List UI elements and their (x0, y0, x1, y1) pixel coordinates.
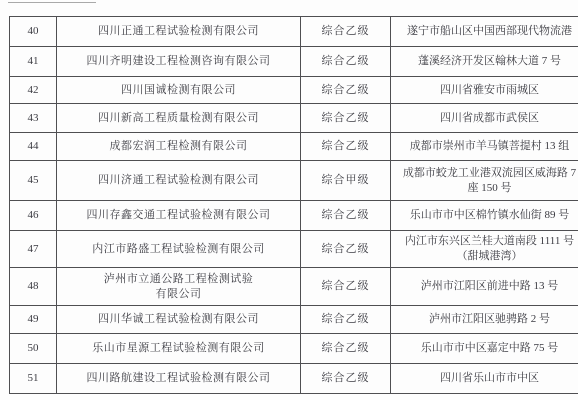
company-name-cell: 四川存鑫交通工程试验检测有限公司 (57, 201, 301, 231)
company-name-cell: 四川齐明建设工程检测咨询有限公司 (57, 47, 301, 77)
address-cell: 成都市崇州市羊马镇菩提村 13 组 (391, 133, 578, 161)
company-name-cell: 泸州市立通公路工程检测试验 有限公司 (57, 268, 301, 306)
address-cell: 蓬溪经济开发区翰林大道 7 号 (391, 47, 578, 77)
company-name-cell: 四川国诚检测有限公司 (57, 77, 301, 104)
row-number-cell: 40 (10, 17, 57, 47)
grade-cell: 综合甲级 (301, 161, 391, 201)
grade-cell: 综合乙级 (301, 268, 391, 306)
row-number-cell: 45 (10, 161, 57, 201)
table-row: 46 四川存鑫交通工程试验检测有限公司 综合乙级 乐山市市中区棉竹镇水仙街 89… (10, 201, 578, 231)
company-name-cell: 四川华诚工程试验检测有限公司 (57, 306, 301, 334)
grade-cell: 综合乙级 (301, 306, 391, 334)
row-number-cell: 44 (10, 133, 57, 161)
address-cell: 泸州市江阳区驰骋路 2 号 (391, 306, 578, 334)
company-name-cell: 四川济通工程试验检测有限公司 (57, 161, 301, 201)
grade-cell: 综合乙级 (301, 334, 391, 364)
address-cell: 泸州市江阳区前进中路 13 号 (391, 268, 578, 306)
detection-agencies-table: 40 四川正通工程试验检测有限公司 综合乙级 遂宁市船山区中国西部现代物流港 4… (9, 16, 578, 394)
table-row: 49 四川华诚工程试验检测有限公司 综合乙级 泸州市江阳区驰骋路 2 号 (10, 306, 578, 334)
table-row: 51 四川路航建设工程试验检测有限公司 综合乙级 四川省乐山市市中区 (10, 364, 578, 394)
grade-cell: 综合乙级 (301, 133, 391, 161)
row-number-cell: 50 (10, 334, 57, 364)
grade-cell: 综合乙级 (301, 231, 391, 268)
row-number-cell: 46 (10, 201, 57, 231)
company-name-cell: 乐山市星源工程试验检测有限公司 (57, 334, 301, 364)
grade-cell: 综合乙级 (301, 47, 391, 77)
table-body: 40 四川正通工程试验检测有限公司 综合乙级 遂宁市船山区中国西部现代物流港 4… (10, 17, 578, 394)
company-name-cell: 四川路航建设工程试验检测有限公司 (57, 364, 301, 394)
address-cell: 四川省成都市武侯区 (391, 104, 578, 133)
table-row: 44 成都宏润工程检测有限公司 综合乙级 成都市崇州市羊马镇菩提村 13 组 (10, 133, 578, 161)
address-cell: 成都市蛟龙工业港双流园区威海路 7 座 150 号 (391, 161, 578, 201)
row-number-cell: 48 (10, 268, 57, 306)
grade-cell: 综合乙级 (301, 201, 391, 231)
table-row: 40 四川正通工程试验检测有限公司 综合乙级 遂宁市船山区中国西部现代物流港 (10, 17, 578, 47)
row-number-cell: 43 (10, 104, 57, 133)
row-number-cell: 42 (10, 77, 57, 104)
grade-cell: 综合乙级 (301, 364, 391, 394)
row-number-cell: 51 (10, 364, 57, 394)
address-cell: 遂宁市船山区中国西部现代物流港 (391, 17, 578, 47)
table-row: 48 泸州市立通公路工程检测试验 有限公司 综合乙级 泸州市江阳区前进中路 13… (10, 268, 578, 306)
company-name-cell: 四川新高工程质量检测有限公司 (57, 104, 301, 133)
company-name-cell: 四川正通工程试验检测有限公司 (57, 17, 301, 47)
table-row: 50 乐山市星源工程试验检测有限公司 综合乙级 乐山市市中区嘉定中路 75 号 (10, 334, 578, 364)
company-name-cell: 成都宏润工程检测有限公司 (57, 133, 301, 161)
address-cell: 乐山市市中区嘉定中路 75 号 (391, 334, 578, 364)
table-row: 41 四川齐明建设工程检测咨询有限公司 综合乙级 蓬溪经济开发区翰林大道 7 号 (10, 47, 578, 77)
previous-row-border-remnant (8, 2, 96, 3)
address-cell: 乐山市市中区棉竹镇水仙街 89 号 (391, 201, 578, 231)
table-row: 42 四川国诚检测有限公司 综合乙级 四川省雅安市雨城区 (10, 77, 578, 104)
address-cell: 内江市东兴区兰桂大道南段 1111 号 （甜城港湾） (391, 231, 578, 268)
address-cell: 四川省乐山市市中区 (391, 364, 578, 394)
grade-cell: 综合乙级 (301, 17, 391, 47)
table-row: 43 四川新高工程质量检测有限公司 综合乙级 四川省成都市武侯区 (10, 104, 578, 133)
grade-cell: 综合乙级 (301, 104, 391, 133)
row-number-cell: 47 (10, 231, 57, 268)
table-row: 47 内江市路盛工程试验检测有限公司 综合乙级 内江市东兴区兰桂大道南段 111… (10, 231, 578, 268)
table-row: 45 四川济通工程试验检测有限公司 综合甲级 成都市蛟龙工业港双流园区威海路 7… (10, 161, 578, 201)
address-cell: 四川省雅安市雨城区 (391, 77, 578, 104)
company-name-cell: 内江市路盛工程试验检测有限公司 (57, 231, 301, 268)
scanned-document-page: { "page": { "background_color": "#fdfdfd… (0, 0, 578, 400)
grade-cell: 综合乙级 (301, 77, 391, 104)
row-number-cell: 41 (10, 47, 57, 77)
row-number-cell: 49 (10, 306, 57, 334)
